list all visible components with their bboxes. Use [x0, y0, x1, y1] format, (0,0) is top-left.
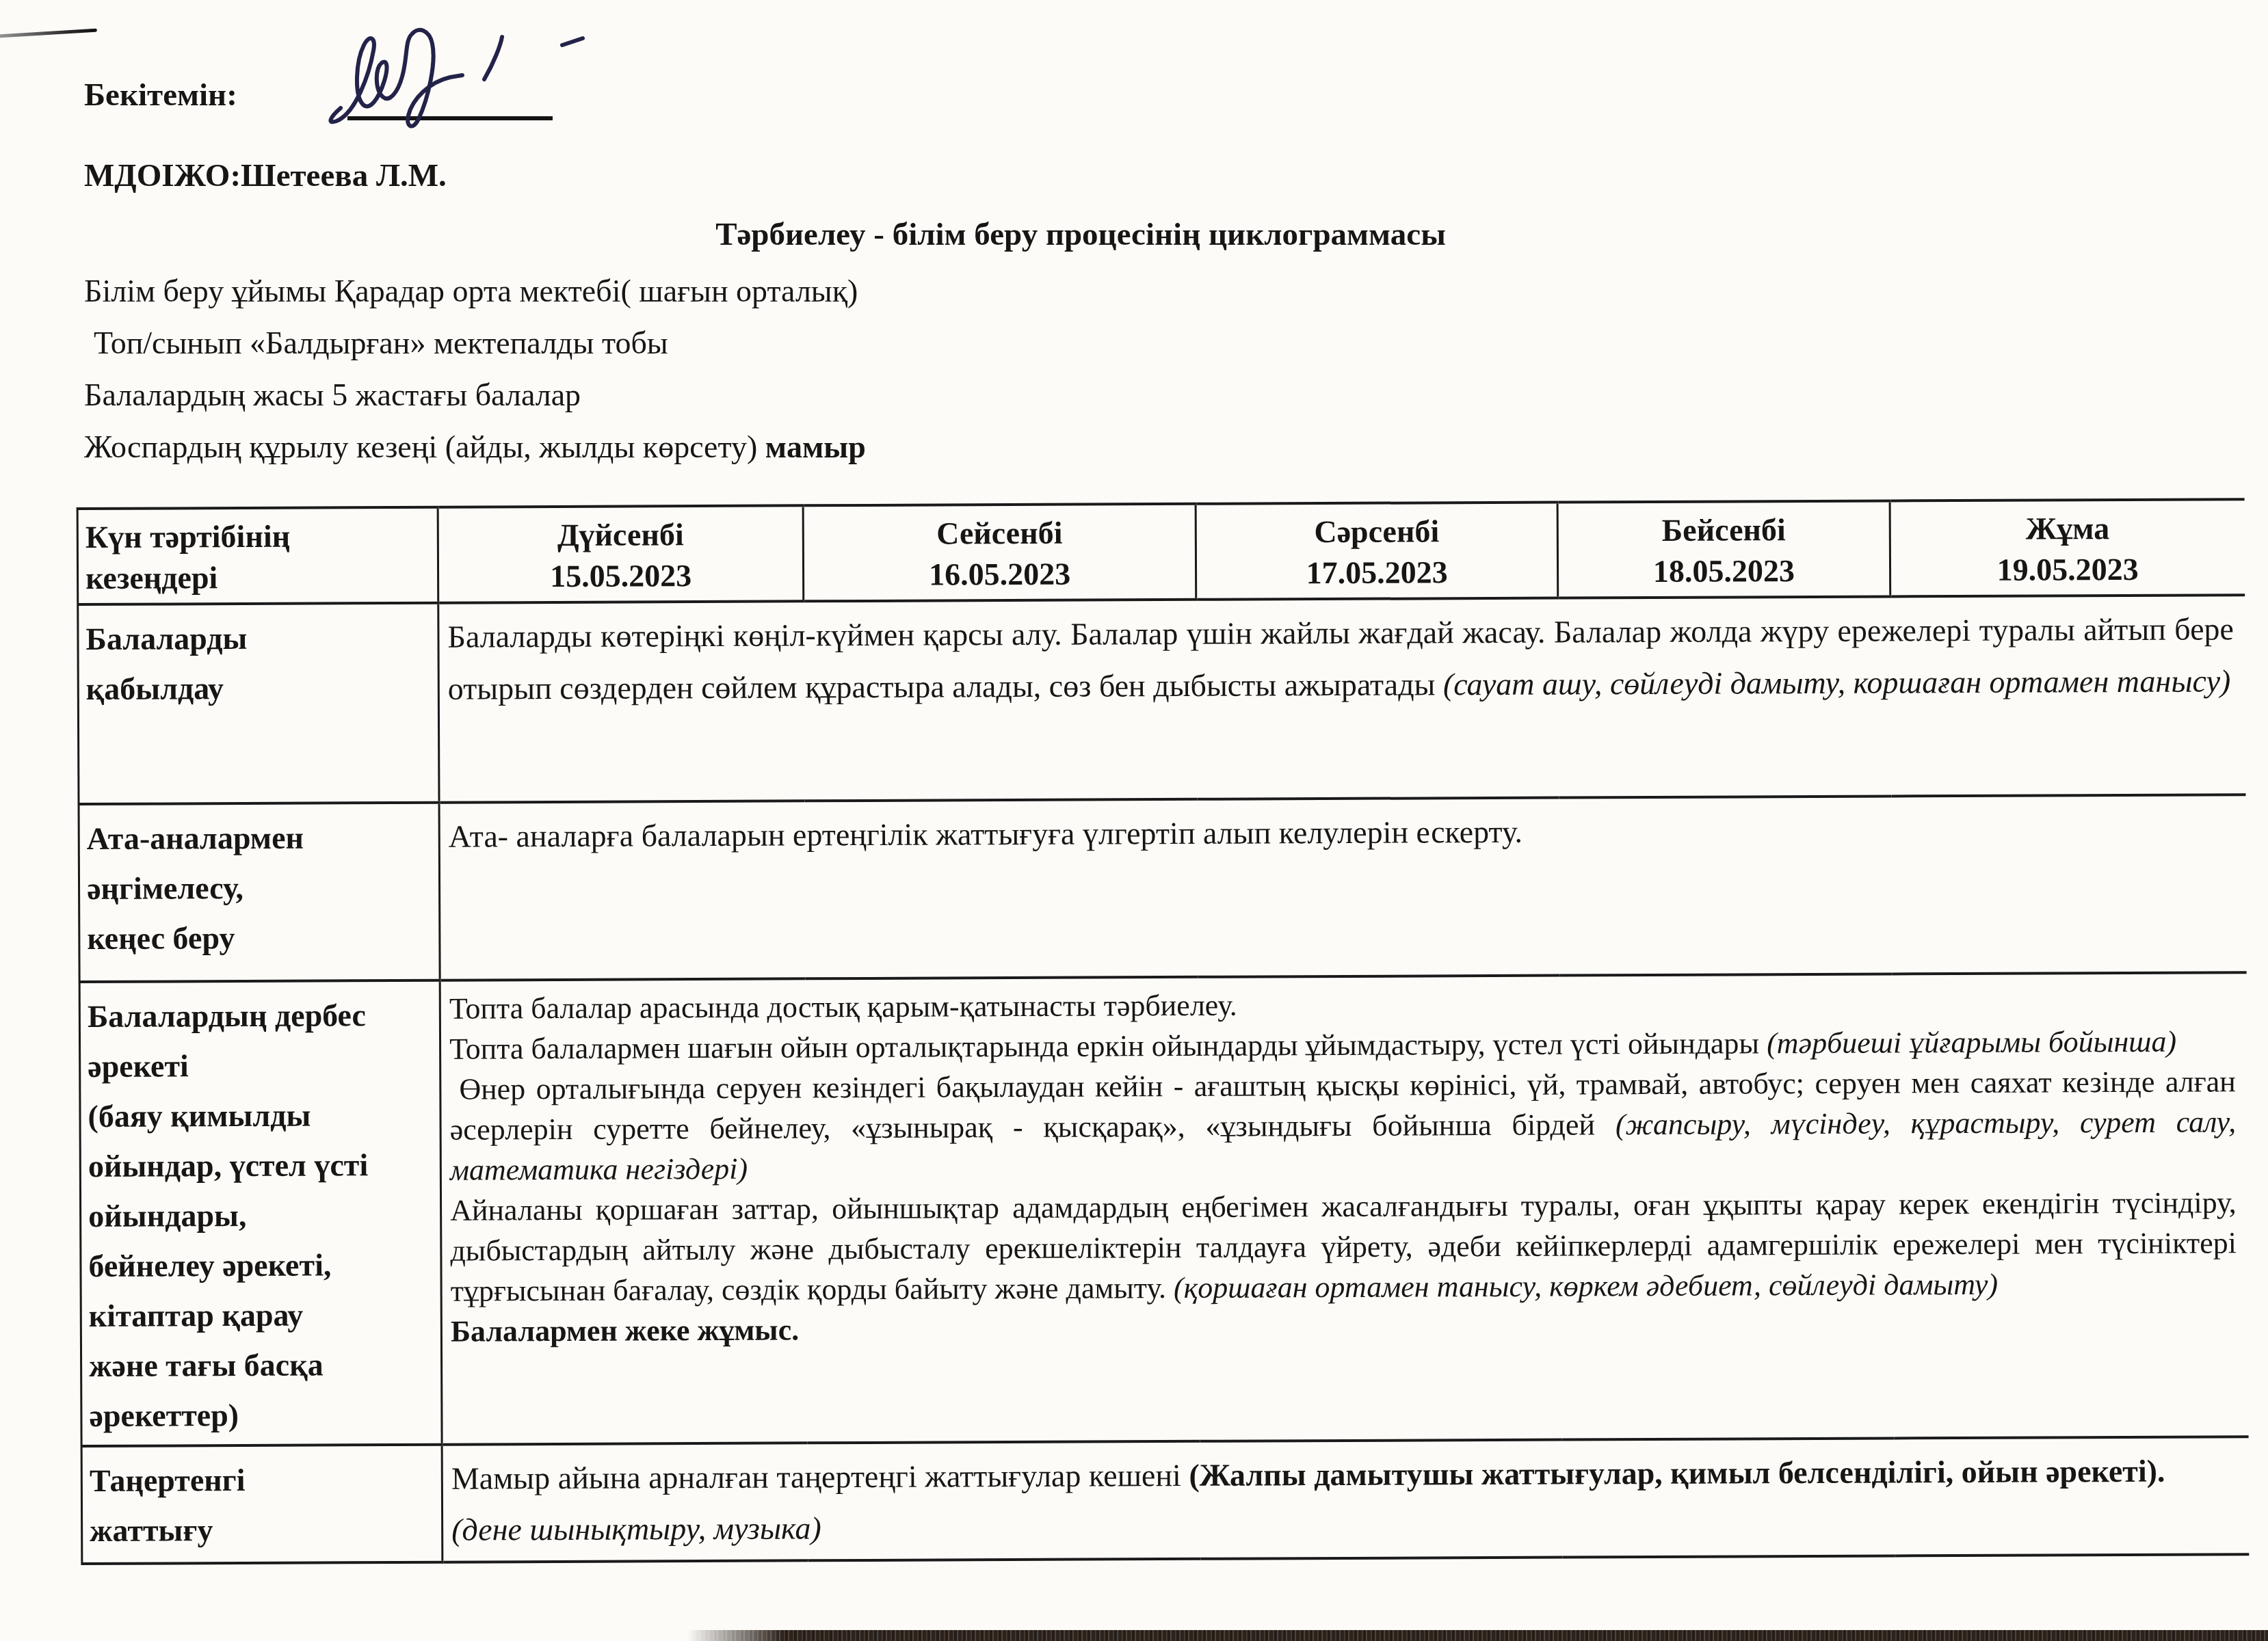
- period-label: Жоспардың құрылу кезеңі (айды, жылды көр…: [84, 429, 765, 464]
- header-cell-friday: Жұма19.05.2023: [1890, 499, 2245, 596]
- table-row: Балалардың дербес әрекеті (баяу қимылды …: [79, 972, 2248, 1446]
- day-name: Жұма: [1895, 507, 2241, 550]
- row-label-morning-exercise: Таңертенгі жаттығу: [81, 1445, 443, 1564]
- table-row: Ата-аналармен әңгімелесу, кеңес беру Ата…: [79, 795, 2246, 982]
- header-cell-thursday: Бейсенбі18.05.2023: [1557, 501, 1890, 598]
- table-row: Балаларды қабылдау Балаларды көтеріңкі к…: [78, 595, 2245, 804]
- document-info-block: Білім беру ұйымы Қарадар орта мектебі( ш…: [84, 265, 866, 473]
- day-name: Сейсенбі: [808, 512, 1191, 555]
- header-cell-periods: Күн тәртібінің кезеңдері: [77, 507, 438, 604]
- scan-scratch-artifact: [0, 28, 97, 38]
- paragraph: Айналаны қоршаған заттар, ойыншықтар ада…: [450, 1182, 2237, 1311]
- text-segment-italic: (тәрбиеші ұйғарымы бойынша): [1767, 1025, 2176, 1060]
- scan-edge-artifact: [687, 1630, 2268, 1641]
- header-cell-monday: Дүйсенбі15.05.2023: [438, 505, 804, 602]
- text-segment-italic: (сауат ашу, сөйлеуді дамыту, коршаған ор…: [1443, 663, 2231, 702]
- table-row: Таңертенгі жаттығу Мамыр айына арналған …: [81, 1437, 2249, 1564]
- day-date: 17.05.2023: [1201, 552, 1553, 594]
- day-date: 19.05.2023: [1895, 548, 2241, 591]
- paragraph: Мамыр айына арналған таңертеңгі жаттығул…: [451, 1445, 2238, 1555]
- row-label-independent-activity: Балалардың дербес әрекеті (баяу қимылды …: [79, 980, 442, 1446]
- header-cell-tuesday: Сейсенбі16.05.2023: [803, 504, 1196, 602]
- row-label-reception: Балаларды қабылдау: [78, 603, 439, 804]
- header-cell-wednesday: Сәрсенбі17.05.2023: [1196, 503, 1558, 600]
- day-date: 18.05.2023: [1563, 550, 1885, 592]
- document-title: Тәрбиелеу - білім беру процесінің циклог…: [0, 216, 2161, 253]
- group-line: Топ/сынып «Балдырған» мектепалды тобы: [84, 317, 866, 369]
- text-segment-italic: (қоршаған ортамен танысу, көркем әдебиет…: [1174, 1268, 1998, 1305]
- paragraph: Өнер орталығында серуен кезіндегі бақыла…: [449, 1061, 2236, 1190]
- schedule-table: Күн тәртібінің кезеңдері Дүйсенбі15.05.2…: [77, 498, 2249, 1565]
- period-value: мамыр: [765, 429, 866, 464]
- paragraph: Ата- аналарға балаларын ертеңгілік жатты…: [449, 803, 2235, 862]
- day-name: Сәрсенбі: [1201, 511, 1553, 553]
- age-line: Балалардың жасы 5 жастағы балалар: [84, 369, 866, 421]
- scanned-document-page: Бекітемін: МДОІЖО:Шетеева Л.М. Тәрбиелеу…: [0, 0, 2268, 1641]
- day-name: Дүйсенбі: [443, 513, 798, 556]
- org-line: Білім беру ұйымы Қарадар орта мектебі( ш…: [84, 265, 866, 317]
- row-label-parent-talks: Ата-аналармен әңгімелесу, кеңес беру: [79, 803, 440, 982]
- text-segment: Топта балалармен шағын ойын орталықтарын…: [449, 1026, 1767, 1065]
- day-date: 16.05.2023: [808, 553, 1191, 596]
- text-segment-italic: (дене шынықтыру, музыка): [451, 1510, 821, 1547]
- row-content-independent-activity: Топта балалар арасында достық қарым-қаты…: [440, 972, 2248, 1445]
- day-name: Бейсенбі: [1563, 509, 1885, 551]
- text-segment: Ата- аналарға балаларын ертеңгілік жатты…: [449, 814, 1522, 854]
- text-segment: Мамыр айына арналған таңертеңгі жаттығул…: [451, 1458, 1189, 1496]
- row-content-morning-exercise: Мамыр айына арналған таңертеңгі жаттығул…: [442, 1437, 2249, 1562]
- signature: [321, 14, 622, 133]
- approver-name: МДОІЖО:Шетеева Л.М.: [84, 157, 447, 194]
- table-header-row: Күн тәртібінің кезеңдері Дүйсенбі15.05.2…: [77, 499, 2245, 604]
- row-content-parent-talks: Ата- аналарға балаларын ертеңгілік жатты…: [439, 795, 2246, 980]
- period-line: Жоспардың құрылу кезеңі (айды, жылды көр…: [84, 421, 866, 473]
- text-segment-bold: (Жалпы дамытушы жаттығулар, қимыл белсен…: [1189, 1454, 2165, 1493]
- paragraph: Балалармен жеке жұмыс.: [451, 1303, 2237, 1351]
- row-content-reception: Балаларды көтеріңкі көңіл-күймен қарсы а…: [438, 595, 2245, 803]
- approval-label: Бекітемін:: [84, 77, 237, 114]
- paragraph: Балаларды көтеріңкі көңіл-күймен қарсы а…: [447, 603, 2234, 715]
- text-segment: Топта балалар арасында достық қарым-қаты…: [449, 989, 1237, 1026]
- day-date: 15.05.2023: [443, 555, 798, 597]
- text-segment-bold: Балалармен жеке жұмыс.: [451, 1313, 800, 1348]
